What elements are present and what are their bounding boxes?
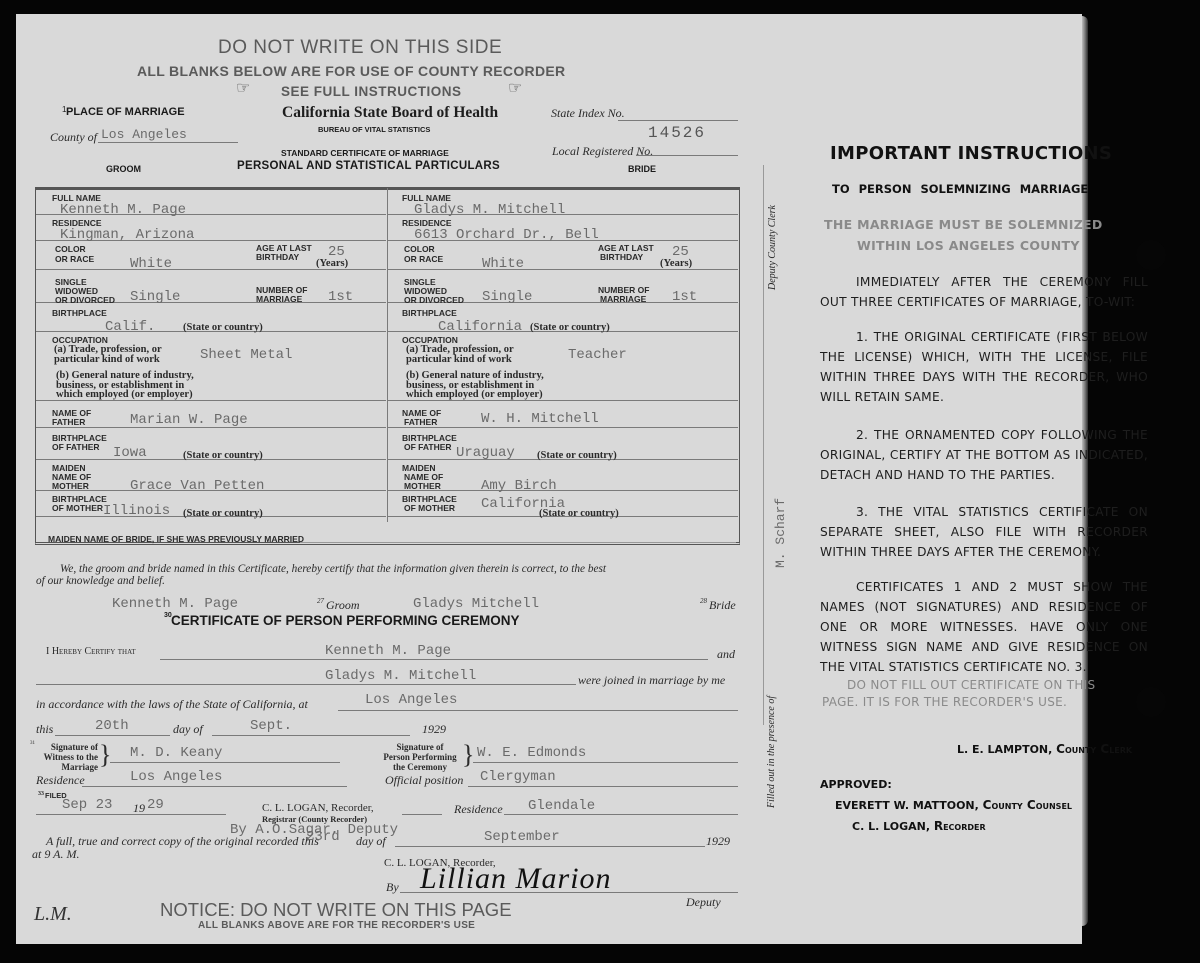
witness-residence-label: Residence <box>36 773 85 788</box>
bride-occupation-trade: Teacher <box>568 347 627 363</box>
bureau-label: BUREAU OF VITAL STATISTICS <box>318 125 430 134</box>
performer-name: W. E. Edmonds <box>477 745 586 761</box>
witness-label-1: Signature of <box>38 742 98 752</box>
deputy-signature: Lillian Marion <box>420 862 612 896</box>
groom-mother-label-3: MOTHER <box>52 481 89 491</box>
ceremony-day: 20th <box>95 718 129 734</box>
bride-race-label: OR RACE <box>404 254 443 264</box>
clerk-title: County Clerk <box>1056 742 1132 756</box>
groom-bp-father-hint: (State or country) <box>183 450 263 461</box>
warning-subtitle: ALL BLANKS BELOW ARE FOR USE OF COUNTY R… <box>137 63 565 79</box>
ceremony-heading: CERTIFICATE OF PERSON PERFORMING CEREMON… <box>171 613 520 628</box>
groom-bp-mother-label-2: OF MOTHER <box>52 503 103 513</box>
local-reg-line <box>636 155 738 156</box>
performer-residence-label: Residence <box>454 802 503 817</box>
copy-month: September <box>484 829 560 845</box>
recorder-name: C. L. LOGAN, <box>852 820 930 833</box>
groom-marriage-label: MARRIAGE <box>256 294 302 304</box>
recorder-label: C. L. LOGAN, Recorder, <box>262 802 374 814</box>
bride-divorced-label: OR DIVORCED <box>404 295 464 305</box>
groom-birthplace: Calif. <box>105 319 155 335</box>
bride-mother-maiden: Amy Birch <box>481 478 557 494</box>
performer-label-1: Signature of <box>374 742 466 752</box>
filed-year-prefix: 19 <box>133 801 145 816</box>
groom-sig-num: 27 <box>317 597 324 605</box>
instructions-title: IMPORTANT INSTRUCTIONS <box>830 143 1112 164</box>
approved-label: APPROVED: <box>820 778 892 791</box>
groom-bp-father-label-2: OF FATHER <box>52 442 100 452</box>
groom-years-label: (Years) <box>316 258 348 269</box>
place-of-marriage-label: PLACE OF MARRIAGE <box>66 106 185 118</box>
joined-label: were joined in marriage by me <box>578 673 725 688</box>
ceremony-month: Sept. <box>250 718 292 734</box>
instructions-item-1: 1. THE ORIGINAL CERTIFICATE (FIRST BELOW… <box>820 327 1148 407</box>
witness-name: M. D. Keany <box>130 745 222 761</box>
bride-signature-name: Gladys Mitchell <box>413 596 539 612</box>
groom-occ-a-label-2: particular kind of work <box>54 354 160 365</box>
bride-birthplace: California <box>438 319 522 335</box>
counsel-title: County Counsel <box>983 798 1072 812</box>
witness-label-3: Marriage <box>38 762 98 772</box>
bride-color: White <box>482 256 524 272</box>
cert-type: STANDARD CERTIFICATE OF MARRIAGE <box>281 148 449 158</box>
instructions-witnesses: CERTIFICATES 1 AND 2 MUST SHOW THE NAMES… <box>820 577 1148 677</box>
recorder-sign-off: C. L. LOGAN, Recorder <box>852 819 986 833</box>
bride-birthplace-hint: (State or country) <box>530 322 610 333</box>
county-notice-1: THE MARRIAGE MUST BE SOLEMNIZED <box>824 217 1103 232</box>
filed-num: 33 <box>38 791 44 797</box>
copy-statement: A full, true and correct copy of the ori… <box>46 834 319 849</box>
bride-occ-a-label-2: particular kind of work <box>406 354 512 365</box>
performer-label-3: the Ceremony <box>374 762 466 772</box>
groom-mother-birthplace: Illinois <box>103 503 170 519</box>
filled-out-label: Filled out in the presence of <box>766 696 777 808</box>
bride-sig-label: Bride <box>709 598 736 613</box>
initials: L.M. <box>34 903 72 926</box>
deputy-label: Deputy <box>686 895 721 910</box>
this-label: this <box>36 722 53 737</box>
bride-bp-mother-label-2: OF MOTHER <box>404 503 455 513</box>
bride-birthday-label: BIRTHDAY <box>600 252 643 262</box>
bride-sig-num: 28 <box>700 597 707 605</box>
groom-residence: Kingman, Arizona <box>60 227 194 243</box>
groom-heading: GROOM <box>106 164 141 174</box>
ceremony-place: Los Angeles <box>365 692 457 708</box>
groom-divorced-label: OR DIVORCED <box>55 295 115 305</box>
bride-num-marriage: 1st <box>672 289 697 305</box>
footer-notice: NOTICE: DO NOT WRITE ON THIS PAGE <box>160 899 512 921</box>
footer-notice-sub: ALL BLANKS ABOVE ARE FOR THE RECORDER'S … <box>198 920 475 931</box>
bride-years-label: (Years) <box>660 258 692 269</box>
copy-day-of: day of <box>356 834 386 849</box>
official-position: Clergyman <box>480 769 556 785</box>
instructions-intro: IMMEDIATELY AFTER THE CEREMONY FILL OUT … <box>820 272 1148 312</box>
bride-occ-b-label-3: which employed (or employer) <box>406 389 543 400</box>
deputy-clerk-label: Deputy County Clerk <box>767 205 778 290</box>
groom-occupation-trade: Sheet Metal <box>200 347 292 363</box>
day-of-label: day of <box>173 722 203 737</box>
instructions-item-3: 3. THE VITAL STATISTICS CERTIFICATE ON S… <box>820 502 1148 562</box>
ceremony-party-1: Kenneth M. Page <box>325 643 451 659</box>
bride-bp-father-hint: (State or country) <box>537 450 617 461</box>
bride-residence: 6613 Orchard Dr., Bell <box>414 227 599 243</box>
recorder-use-1: DO NOT FILL OUT CERTIFICATE ON THIS <box>847 678 1095 692</box>
groom-father-birthplace: Iowa <box>113 445 147 461</box>
by-label: By <box>386 880 399 895</box>
hereby-certify-label: I Hereby Certify that <box>46 646 136 657</box>
groom-status: Single <box>130 289 180 305</box>
bride-bp-mother-hint: (State or country) <box>539 508 619 519</box>
board-title: California State Board of Health <box>282 104 498 122</box>
particulars-heading: PERSONAL AND STATISTICAL PARTICULARS <box>237 160 500 172</box>
clerk-signature: M. Scharf <box>773 498 788 568</box>
bride-color-label: COLOR <box>404 244 435 254</box>
recorder-use-2: PAGE. IT IS FOR THE RECORDER'S USE. <box>822 695 1067 709</box>
bride-father-label-2: FATHER <box>404 417 437 427</box>
ceremony-party-2: Gladys M. Mitchell <box>325 668 476 684</box>
county-label: County of <box>50 130 97 145</box>
certify-statement-1: We, the groom and bride named in this Ce… <box>60 563 606 575</box>
see-instructions: SEE FULL INSTRUCTIONS <box>281 84 462 99</box>
bride-bp-father-label-2: OF FATHER <box>404 442 452 452</box>
groom-color: White <box>130 256 172 272</box>
groom-num-marriage: 1st <box>328 289 353 305</box>
maiden-name-line <box>300 542 736 543</box>
laws-label: in accordance with the laws of the State… <box>36 697 308 712</box>
margin-signature-line <box>763 165 764 725</box>
county-line <box>98 142 238 143</box>
column-divider <box>387 188 388 522</box>
filed-date: Sep 23 <box>62 797 112 813</box>
witness-residence: Los Angeles <box>130 769 222 785</box>
groom-full-name: Kenneth M. Page <box>60 202 186 218</box>
local-reg-label: Local Registered No. <box>552 144 653 159</box>
witness-num: 31 <box>30 741 35 746</box>
witness-brace-icon: } <box>99 740 111 770</box>
groom-mother-maiden: Grace Van Petten <box>130 478 264 494</box>
bride-father-name: W. H. Mitchell <box>481 411 599 427</box>
performer-label-2: Person Performing <box>374 752 466 762</box>
groom-sig-label: Groom <box>326 598 360 613</box>
groom-bp-mother-hint: (State or country) <box>183 508 263 519</box>
certify-statement-2: of our knowledge and belief. <box>36 575 165 587</box>
groom-father-name: Marian W. Page <box>130 412 248 428</box>
official-position-label: Official position <box>385 773 463 788</box>
groom-race-label: OR RACE <box>55 254 94 264</box>
county-notice-2: WITHIN LOS ANGELES COUNTY <box>857 238 1080 253</box>
groom-father-label-2: FATHER <box>52 417 85 427</box>
groom-color-label: COLOR <box>55 244 86 254</box>
bride-mother-label-3: MOTHER <box>404 481 441 491</box>
groom-birthplace-hint: (State or country) <box>183 322 263 333</box>
bride-status: Single <box>482 289 532 305</box>
filed-year-suffix: 29 <box>147 797 164 813</box>
punch-hole-top <box>1136 240 1166 270</box>
instructions-item-2: 2. THE ORNAMENTED COPY FOLLOWING THE ORI… <box>820 425 1148 485</box>
clerk-sign-off: L. E. LAMPTON, County Clerk <box>957 742 1132 756</box>
groom-occ-b-label-3: which employed (or employer) <box>56 389 193 400</box>
maiden-name-bride-label: MAIDEN NAME OF BRIDE, IF SHE WAS PREVIOU… <box>48 534 304 544</box>
counsel-sign-off: EVERETT W. MATTOON, County Counsel <box>835 798 1072 812</box>
and-label: and <box>717 647 735 662</box>
performer-residence: Glendale <box>528 798 595 814</box>
state-index-value: 14526 <box>648 124 706 142</box>
bride-birthplace-label: BIRTHPLACE <box>402 308 457 318</box>
groom-birthplace-label: BIRTHPLACE <box>52 308 107 318</box>
instructions-subtitle: TO PERSON SOLEMNIZING MARRIAGE <box>832 182 1088 196</box>
bride-full-name: Gladys M. Mitchell <box>414 202 565 218</box>
state-index-line <box>618 120 738 121</box>
copy-day: 23rd <box>306 829 340 845</box>
warning-title: DO NOT WRITE ON THIS SIDE <box>218 37 502 59</box>
witness-label-2: Witness to the <box>38 752 98 762</box>
recorder-title: Recorder <box>934 819 986 833</box>
groom-birthday-label: BIRTHDAY <box>256 252 299 262</box>
clerk-name: L. E. LAMPTON, <box>957 743 1052 756</box>
copy-year: 1929 <box>706 834 730 849</box>
county-value: Los Angeles <box>101 127 187 142</box>
punch-hole-bottom <box>1136 687 1166 717</box>
state-index-label: State Index No. <box>551 106 625 121</box>
pointing-hand-right-icon-2: ☞ <box>508 78 522 98</box>
copy-time: at 9 A. M. <box>32 847 79 862</box>
bride-marriage-label: MARRIAGE <box>600 294 646 304</box>
bride-heading: BRIDE <box>628 164 656 174</box>
pointing-hand-right-icon: ☞ <box>236 78 250 98</box>
bride-father-birthplace: Uraguay <box>456 445 515 461</box>
ceremony-year: 1929 <box>422 722 446 737</box>
performer-brace-icon: } <box>462 740 474 770</box>
groom-signature-name: Kenneth M. Page <box>112 596 238 612</box>
counsel-name: EVERETT W. MATTOON, <box>835 799 979 812</box>
